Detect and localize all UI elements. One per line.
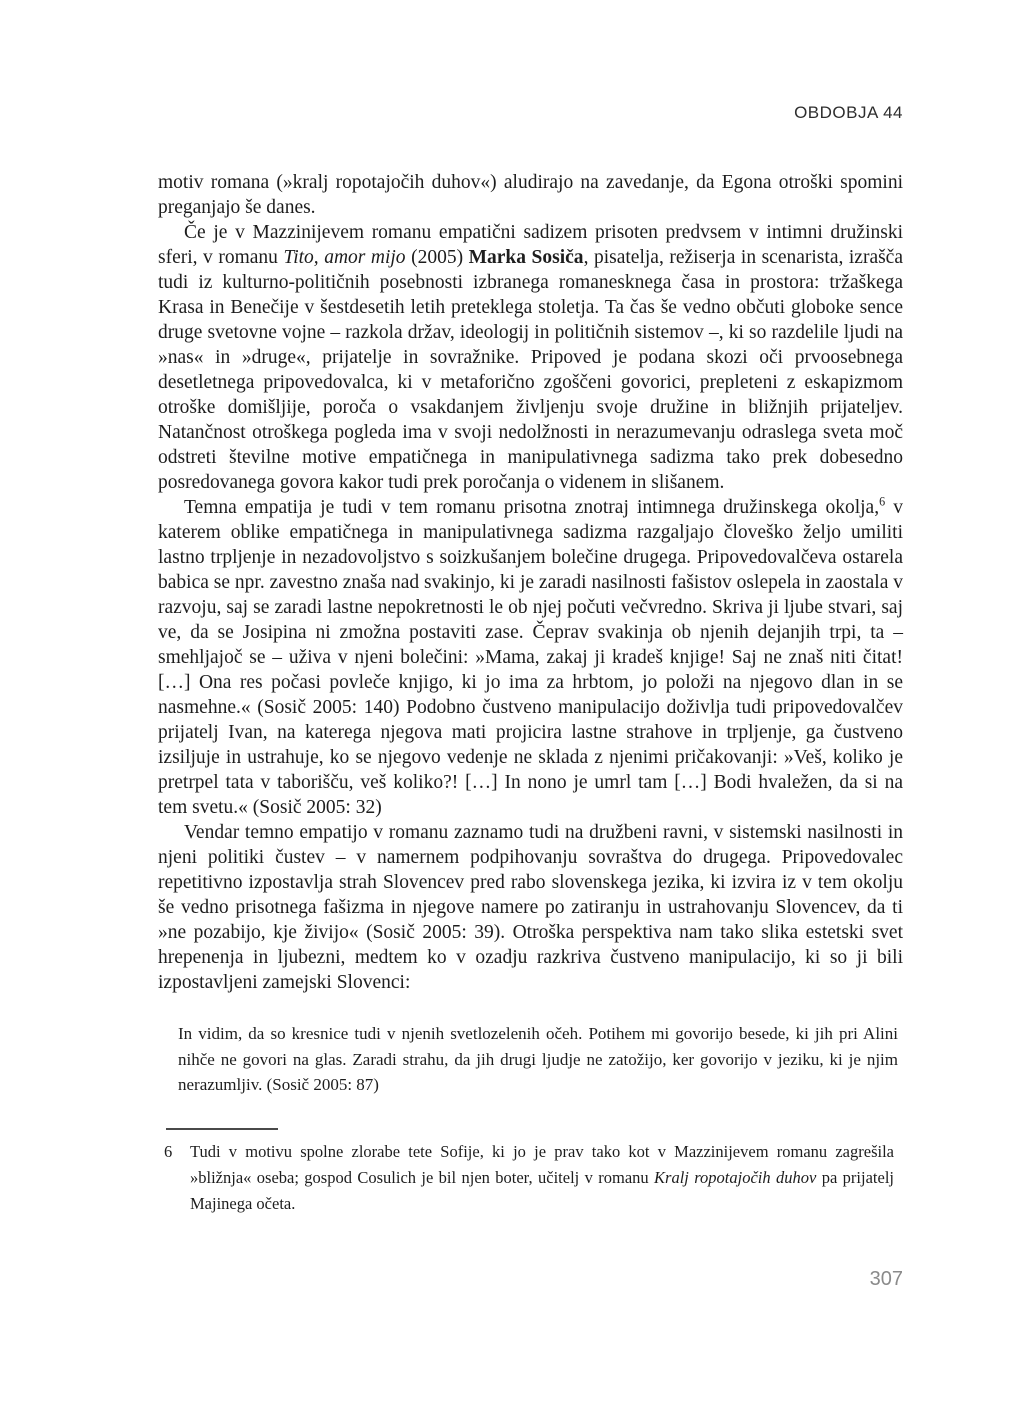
page-content: OBDOBJA 44 motiv romana (»kralj ropotajo… bbox=[158, 0, 903, 1217]
running-head: OBDOBJA 44 bbox=[158, 0, 903, 123]
footnote-text: Tudi v motivu spolne zlorabe tete Sofije… bbox=[190, 1139, 894, 1217]
footnote-rule bbox=[166, 1128, 278, 1130]
page-number: 307 bbox=[870, 1268, 903, 1291]
paragraph-vendar-temno: Vendar temno empatijo v romanu zaznamo t… bbox=[158, 820, 903, 995]
block-quote: In vidim, da so kresnice tudi v njenih s… bbox=[178, 1021, 898, 1098]
footnote: 6 Tudi v motivu spolne zlorabe tete Sofi… bbox=[164, 1139, 894, 1217]
article-body: motiv romana (»kralj ropotajočih duhov«)… bbox=[158, 170, 903, 1098]
paragraph-mazzini-sosic: Če je v Mazzinijevem romanu empatični sa… bbox=[158, 220, 903, 495]
journal-title: OBDOBJA 44 bbox=[794, 103, 903, 122]
footnote-number: 6 bbox=[164, 1139, 182, 1165]
paragraph-temna-empatija: Temna empatija je tudi v tem romanu pris… bbox=[158, 495, 903, 820]
journal-page: OBDOBJA 44 motiv romana (»kralj ropotajo… bbox=[0, 0, 1024, 1412]
paragraph-continuation: motiv romana (»kralj ropotajočih duhov«)… bbox=[158, 170, 903, 220]
